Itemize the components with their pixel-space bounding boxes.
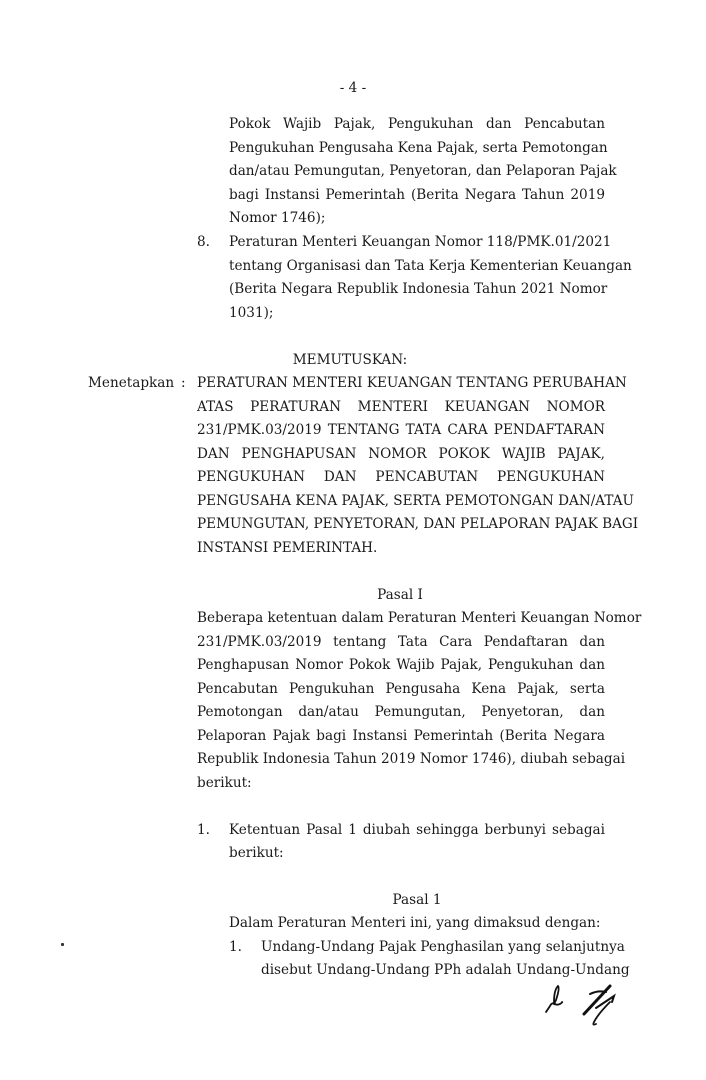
- pasal-1-heading: Pasal 1: [229, 892, 605, 908]
- text-line: berikut:: [197, 775, 252, 791]
- list-number: 1.: [229, 939, 242, 955]
- initials-signature-icon: [540, 980, 620, 1040]
- text-line: Beberapa ketentuan dalam Peraturan Mente…: [197, 610, 605, 626]
- scan-speck: [61, 943, 64, 946]
- text-line: ATAS PERATURAN MENTERI KEUANGAN NOMOR: [197, 399, 605, 415]
- text-line: DAN PENGHAPUSAN NOMOR POKOK WAJIB PAJAK,: [197, 446, 605, 462]
- text-line: Republik Indonesia Tahun 2019 Nomor 1746…: [197, 751, 605, 767]
- text-line: Peraturan Menteri Keuangan Nomor 118/PMK…: [229, 234, 605, 250]
- text-line: PEMUNGUTAN, PENYETORAN, DAN PELAPORAN PA…: [197, 516, 605, 532]
- text-line: dan/atau Pemungutan, Penyetoran, dan Pel…: [229, 163, 605, 179]
- text-line: PENGUSAHA KENA PAJAK, SERTA PEMOTONGAN D…: [197, 493, 605, 509]
- pasal-1-intro: Dalam Peraturan Menteri ini, yang dimaks…: [229, 915, 600, 931]
- text-line: Pemotongan dan/atau Pemungutan, Penyetor…: [197, 704, 605, 720]
- text-line: Penghapusan Nomor Pokok Wajib Pajak, Pen…: [197, 657, 605, 673]
- text-line: Pelaporan Pajak bagi Instansi Pemerintah…: [197, 728, 605, 744]
- decision-heading: MEMUTUSKAN:: [200, 352, 500, 368]
- text-line: (Berita Negara Republik Indonesia Tahun …: [229, 281, 605, 297]
- menetapkan-colon: :: [181, 375, 186, 391]
- list-number: 1.: [197, 822, 210, 838]
- text-line: berikut:: [229, 845, 284, 861]
- text-line: PERATURAN MENTERI KEUANGAN TENTANG PERUB…: [197, 375, 605, 391]
- text-line: Ketentuan Pasal 1 diubah sehingga berbun…: [229, 822, 605, 838]
- text-line: PENGUKUHAN DAN PENCABUTAN PENGUKUHAN: [197, 469, 605, 485]
- text-line: Pengukuhan Pengusaha Kena Pajak, serta P…: [229, 140, 605, 156]
- text-line: tentang Organisasi dan Tata Kerja Kement…: [229, 258, 605, 274]
- text-line: 1031);: [229, 305, 273, 321]
- text-line: Pencabutan Pengukuhan Pengusaha Kena Paj…: [197, 681, 605, 697]
- text-line: disebut Undang-Undang PPh adalah Undang-…: [261, 962, 605, 978]
- text-line: bagi Instansi Pemerintah (Berita Negara …: [229, 187, 605, 203]
- page-number: - 4 -: [0, 80, 706, 96]
- text-line: 231/PMK.03/2019 tentang Tata Cara Pendaf…: [197, 634, 605, 650]
- text-line: Undang-Undang Pajak Penghasilan yang sel…: [261, 939, 605, 955]
- list-number: 8.: [197, 234, 210, 250]
- text-line: Nomor 1746);: [229, 210, 325, 226]
- menetapkan-label: Menetapkan: [88, 375, 174, 391]
- text-line: 231/PMK.03/2019 TENTANG TATA CARA PENDAF…: [197, 422, 605, 438]
- document-page: - 4 - Pokok Wajib Pajak, Pengukuhan dan …: [0, 0, 706, 1080]
- text-line: Pokok Wajib Pajak, Pengukuhan dan Pencab…: [229, 116, 605, 132]
- text-line: INSTANSI PEMERINTAH.: [197, 540, 377, 556]
- pasal-I-heading: Pasal I: [200, 587, 600, 603]
